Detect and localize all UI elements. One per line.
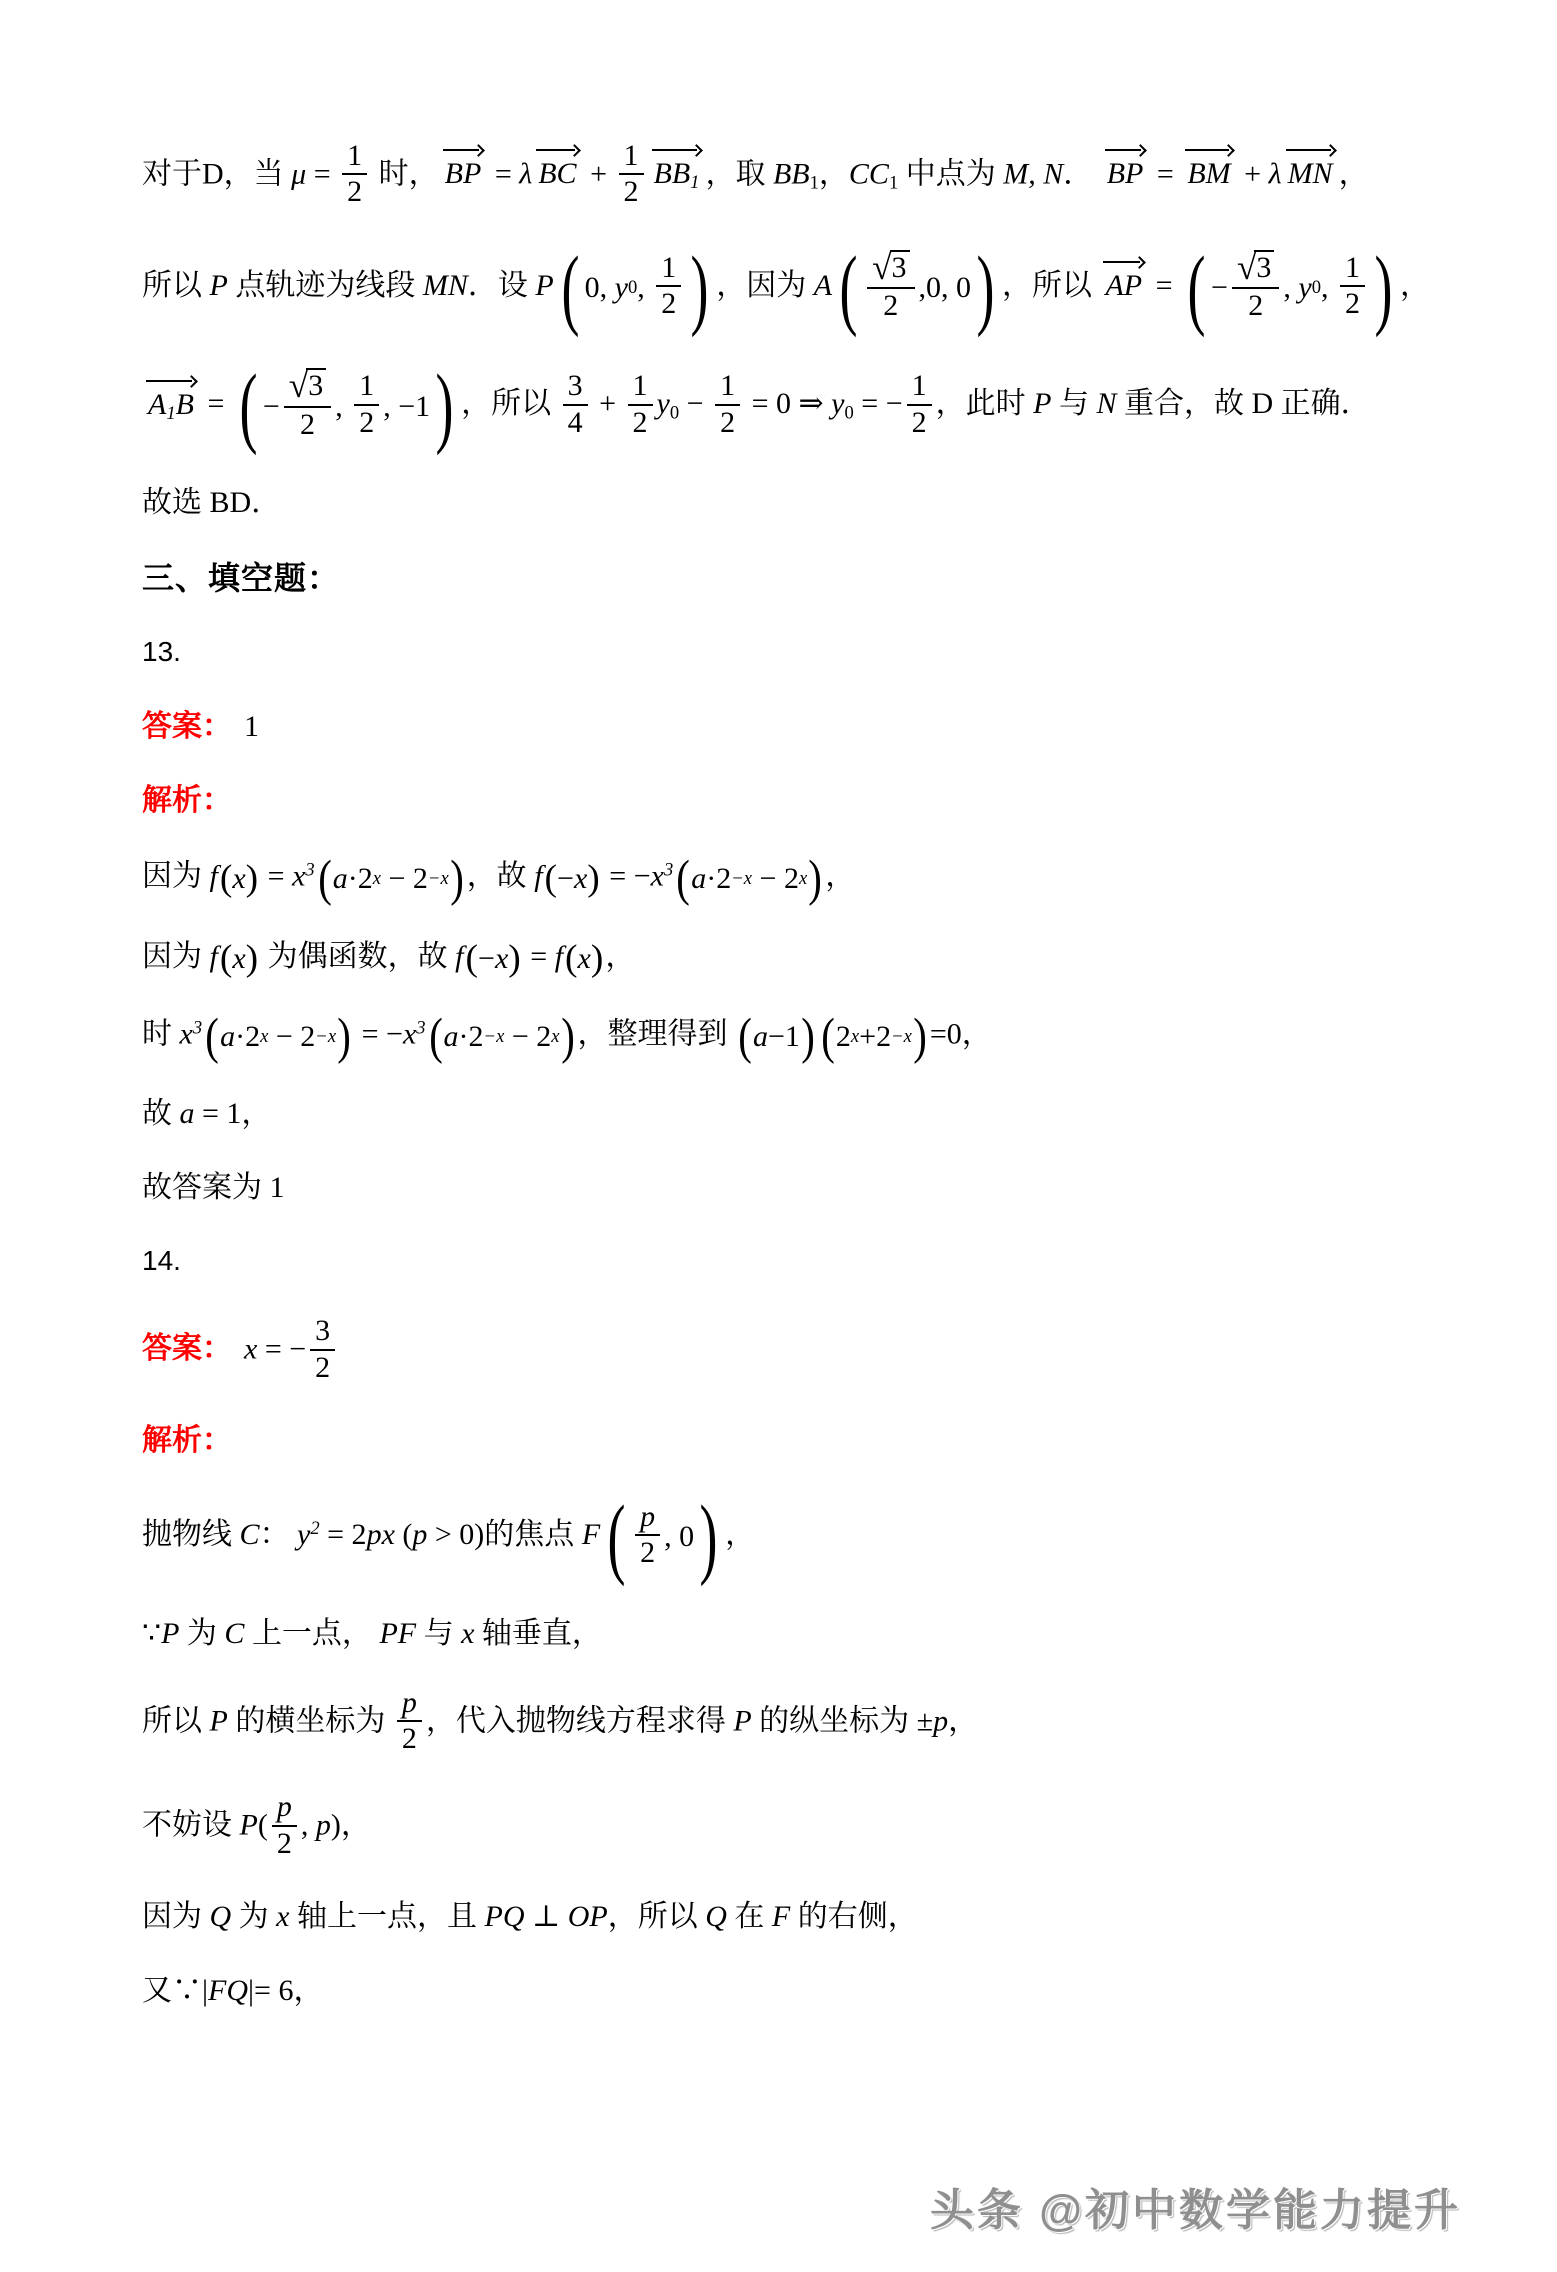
math-variable: p (316, 1809, 331, 1842)
math-text: − 2 (381, 860, 428, 898)
question-13-answer: 答案：1 (142, 708, 1447, 746)
math-variable: PQ (485, 1900, 525, 1933)
fraction-numerator: 1 (907, 370, 932, 405)
math-text: 因为 (142, 1900, 210, 1933)
paren-content: x (578, 940, 591, 978)
vector-body: MN (1286, 155, 1335, 193)
fraction-numerator: p (397, 1687, 422, 1722)
fraction-numerator: 1 (628, 370, 653, 405)
fraction-denominator: 4 (563, 406, 588, 439)
math-variable: x (461, 1617, 474, 1650)
math-text: ． (1063, 157, 1101, 190)
paren-content: −x (478, 940, 508, 978)
math-variable: BB (773, 157, 810, 190)
math-text: = − (602, 860, 651, 893)
math-text: ， (1339, 157, 1369, 190)
open-paren-icon: ( (545, 861, 558, 897)
math-text: , (335, 388, 350, 426)
math-text: ， (819, 157, 849, 190)
close-paren-icon: ) (691, 246, 709, 331)
open-paren-icon: ( (840, 246, 858, 331)
math-text: ·2 (459, 1018, 484, 1056)
math-parenthesis: (a·2−x − 2x) (675, 856, 823, 902)
math-sqrt: √3 (289, 368, 326, 402)
math-parenthesis: (p2, 0) (602, 1496, 723, 1579)
math-text: 为 (179, 1617, 224, 1650)
math-fraction: 12 (907, 370, 932, 439)
math-superscript: −x (484, 1025, 505, 1048)
q13-line-5: 故答案为 1 (142, 1169, 1447, 1207)
math-vector: BP (443, 154, 484, 193)
math-text: 上一点， (244, 1617, 379, 1650)
math-subscript: 1 (166, 403, 175, 424)
math-variable: F (772, 1900, 790, 1933)
math-text: 2 (836, 1018, 851, 1056)
math-text: ，所以 (608, 1900, 706, 1933)
math-variable: x (495, 940, 508, 978)
answer-label: 解析： (142, 784, 232, 817)
math-superscript: 3 (664, 860, 673, 881)
math-subscript: 0 (1312, 276, 1321, 299)
math-variable: p (412, 1518, 427, 1551)
math-text: − (1211, 269, 1228, 307)
paren-content: −√32, y0, 12 (1211, 252, 1369, 325)
paren-content: x (232, 940, 245, 978)
math-superscript: 3 (193, 1017, 202, 1038)
math-variable: a (444, 1018, 459, 1056)
math-variable: CC (849, 157, 889, 190)
math-text: ，此时 (936, 388, 1034, 421)
math-parenthesis: (−√32, y0, 12) (1182, 247, 1398, 330)
math-text: − (263, 388, 280, 426)
math-text: 故选 BD． (142, 486, 281, 519)
math-text: 因为 (142, 940, 210, 973)
math-variable: y (657, 388, 670, 421)
math-variable: x (276, 1900, 289, 1933)
open-paren-icon: ( (239, 364, 257, 449)
math-variable: y (297, 1518, 310, 1551)
close-paren-icon: ) (801, 1012, 815, 1060)
math-variable: f (210, 940, 218, 973)
math-text: = (487, 157, 519, 190)
fraction-denominator: 2 (1232, 289, 1279, 322)
math-text: ，整理得到 (578, 1017, 736, 1050)
paren-content: x (232, 860, 245, 898)
open-paren-icon: ( (205, 1012, 219, 1060)
fraction-numerator: 3 (310, 1315, 335, 1350)
math-text: , 0 (664, 1518, 694, 1556)
vector-arrow-icon (1286, 145, 1335, 154)
paren-content: a·2x − 2−x (333, 860, 449, 898)
math-fraction: √32 (284, 368, 331, 441)
math-parenthesis: (√32,0, 0) (834, 247, 1000, 330)
fraction-denominator: 2 (619, 175, 644, 208)
math-text: 抛物线 (142, 1518, 240, 1551)
fraction-denominator: 2 (907, 406, 932, 439)
math-variable: x (574, 860, 587, 898)
math-text: = 2 (320, 1518, 367, 1551)
open-paren-icon: ( (318, 855, 332, 903)
math-variable: a (180, 1097, 195, 1130)
math-text: ( (395, 1518, 413, 1551)
math-variable: p (933, 1704, 948, 1737)
q14-line-1: 抛物线 C： y2 = 2px (p > 0)的焦点 F(p2, 0)， (142, 1496, 1447, 1579)
q14-line-3: 所以 P 的横坐标为 p2，代入抛物线方程求得 P 的纵坐标为 ±p， (142, 1689, 1447, 1758)
math-subscript: 0 (670, 403, 679, 424)
math-variable: y (831, 388, 844, 421)
close-paren-icon: ) (700, 1495, 718, 1580)
math-superscript: x (799, 867, 807, 890)
math-text: = (260, 860, 292, 893)
math-text: , (637, 269, 652, 307)
math-text: 中点为 (898, 157, 1003, 190)
math-text: = − (354, 1017, 403, 1050)
open-paren-icon: ( (220, 941, 233, 977)
math-superscript: −x (891, 1025, 912, 1048)
math-variable: x (292, 860, 305, 893)
math-vector: MN (1286, 154, 1335, 193)
math-variable: λ (519, 157, 532, 190)
math-variable: f (210, 860, 218, 893)
fraction-numerator: √3 (867, 250, 914, 289)
math-vector: A1B (146, 385, 196, 425)
answer-label: 答案： (142, 710, 232, 743)
question-14-answer: 答案：x = −32 (142, 1317, 1447, 1386)
math-text: + (592, 388, 624, 421)
math-variable: a (753, 1018, 768, 1056)
math-vector: BB1 (652, 154, 702, 194)
paren-content: a·2x − 2−x (220, 1018, 336, 1056)
fraction-denominator: 2 (867, 289, 914, 322)
close-paren-icon: ) (561, 1012, 575, 1060)
math-variable: P (240, 1809, 258, 1842)
sqrt-body: 3 (306, 368, 326, 402)
math-parenthesis: (a·2x − 2−x) (204, 1014, 352, 1060)
q13-line-3: 时 x3(a·2x − 2−x) = −x3(a·2−x − 2x)，整理得到 … (142, 1014, 1447, 1060)
fraction-denominator: 2 (1340, 287, 1365, 320)
math-parenthesis: (2x+2−x) (820, 1014, 928, 1060)
close-paren-icon: ) (591, 941, 604, 977)
math-variable: px (367, 1518, 395, 1551)
vector-arrow-icon (536, 145, 578, 154)
math-text: ( (258, 1809, 268, 1842)
close-paren-icon: ) (977, 246, 995, 331)
math-text: ，因为 (716, 269, 814, 302)
math-variable: x (232, 860, 245, 898)
sqrt-body: 3 (1254, 250, 1274, 284)
math-text: ， (948, 1704, 978, 1737)
close-paren-icon: ) (337, 1012, 351, 1060)
vector-arrow-icon (146, 376, 196, 385)
math-text: ， (825, 860, 855, 893)
q13-line-4: 故 a = 1， (142, 1095, 1447, 1133)
math-text: 轴上一点，且 (290, 1900, 485, 1933)
close-paren-icon: ) (436, 364, 454, 449)
math-text: = (306, 157, 338, 190)
paren-content: √32,0, 0 (863, 252, 971, 325)
math-fraction: 12 (656, 252, 681, 321)
math-text: ∵ (142, 1617, 161, 1650)
math-variable: P (733, 1704, 751, 1737)
math-superscript: x (551, 1025, 559, 1048)
open-paren-icon: ( (429, 1012, 443, 1060)
vector-arrow-icon (1105, 145, 1146, 154)
math-text: 的右侧， (790, 1900, 918, 1933)
math-text: ,0, 0 (919, 269, 972, 307)
math-text: ，取 (705, 157, 773, 190)
fraction-denominator: 2 (272, 1827, 297, 1860)
math-variable: f (555, 940, 563, 973)
math-variable: MN (423, 269, 468, 302)
fraction-numerator: p (635, 1501, 660, 1536)
math-text: =0， (930, 1017, 992, 1050)
math-subscript: 1 (810, 172, 819, 193)
math-variable: x (244, 1332, 257, 1365)
math-variable: C (224, 1617, 244, 1650)
math-text: 的横坐标为 (228, 1704, 393, 1737)
math-variable: Q (210, 1900, 232, 1933)
math-variable: P (1033, 388, 1051, 421)
math-parenthesis: (x) (220, 940, 258, 978)
math-variable: a (333, 860, 348, 898)
math-text: 与 (416, 1617, 461, 1650)
q14-line-4: 不妨设 P(p2, p)， (142, 1793, 1447, 1862)
close-paren-icon: ) (246, 941, 259, 977)
document-page: 对于D，当 μ = 12 时，BP = λBC + 12BB1，取 BB1，CC… (0, 0, 1557, 2010)
math-text: 点轨迹为线段 (228, 269, 423, 302)
math-variable: F (582, 1518, 600, 1551)
math-text: ·2 (235, 1018, 260, 1056)
math-parenthesis: (a−1) (737, 1014, 816, 1060)
math-superscript: x (373, 867, 381, 890)
question-13-number: 13. (142, 634, 1447, 672)
paren-content: a·2−x − 2x (444, 1018, 560, 1056)
math-text: ，所以 (461, 388, 559, 421)
math-text: 重合，故 D 正确． (1116, 388, 1370, 421)
math-fraction: √32 (867, 250, 914, 323)
fraction-numerator: 1 (1340, 252, 1365, 287)
math-fraction: 12 (342, 140, 367, 209)
math-fraction: 12 (1340, 252, 1365, 321)
vector-arrow-icon (443, 145, 484, 154)
math-text: , (1321, 269, 1336, 307)
close-paren-icon: ) (913, 1012, 927, 1060)
math-superscript: x (260, 1025, 268, 1048)
math-text: − (679, 388, 711, 421)
close-paren-icon: ) (808, 855, 822, 903)
q14-line-5: 因为 Q 为 x 轴上一点，且 PQ ⊥ OP，所以 Q 在 F 的右侧， (142, 1898, 1447, 1936)
math-text: ，所以 (1002, 269, 1100, 302)
math-fraction: p2 (397, 1687, 422, 1756)
open-paren-icon: ( (1188, 246, 1206, 331)
math-variable: FQ (208, 1974, 248, 2007)
math-variable: BB (654, 157, 691, 190)
q14-line-6: 又∵|FQ|= 6， (142, 1972, 1447, 2010)
sqrt-body: 3 (890, 250, 910, 284)
math-superscript: 3 (305, 860, 314, 881)
math-text: 14. (142, 1245, 181, 1276)
math-parenthesis: (a·2−x − 2x) (428, 1014, 576, 1060)
close-paren-icon: ) (246, 861, 259, 897)
math-text: = 0 ⇒ (744, 388, 831, 421)
fraction-numerator: 1 (342, 140, 367, 175)
fraction-denominator: 2 (715, 406, 740, 439)
math-variable: OP (568, 1900, 608, 1933)
math-text: ．设 (468, 269, 536, 302)
fraction-numerator: √3 (1232, 250, 1279, 289)
math-text: 又∵| (142, 1974, 208, 2007)
section-heading-fill-in: 三、填空题： (142, 558, 1447, 598)
math-text: ， (605, 940, 635, 973)
math-text: = (200, 388, 232, 421)
math-variable: y (615, 269, 628, 307)
vector-body: AP (1103, 267, 1144, 305)
math-variable: MN (1288, 157, 1333, 190)
math-text: 时， (371, 157, 439, 190)
math-variable: p (640, 1500, 655, 1533)
math-variable: x (403, 1017, 416, 1050)
math-variable: λ (1269, 157, 1282, 190)
vector-body: A1B (146, 386, 196, 425)
math-fraction: √32 (1232, 250, 1279, 323)
math-text: +2 (859, 1018, 891, 1056)
math-fraction: 12 (619, 140, 644, 209)
math-parenthesis: (−x) (466, 940, 521, 978)
watermark-footer: 头条 @初中数学能力提升 (930, 2174, 1461, 2238)
paren-content: −x (557, 860, 587, 898)
math-variable: x (180, 1017, 193, 1050)
math-text: , (301, 1809, 316, 1842)
math-superscript: −x (315, 1025, 336, 1048)
vector-body: BP (443, 155, 484, 193)
vector-body: BP (1105, 155, 1146, 193)
fraction-denominator: 2 (284, 408, 331, 441)
vector-arrow-icon (1185, 145, 1232, 154)
math-fraction: 34 (563, 370, 588, 439)
math-text: ·2 (706, 860, 731, 898)
close-paren-icon: ) (508, 941, 521, 977)
math-variable: y (1298, 269, 1311, 307)
solution-d-line-2: 所以 P 点轨迹为线段 MN．设 P(0, y0, 12)，因为 A(√32,0… (142, 247, 1447, 330)
math-variable: A (814, 269, 832, 302)
math-variable: N (1096, 388, 1116, 421)
math-text: 0, (585, 269, 615, 307)
question-14-analysis-label: 解析： (142, 1422, 1447, 1460)
math-text: −1 (768, 1018, 800, 1056)
math-text: 故 (142, 1097, 180, 1130)
math-text: 为偶函数，故 (260, 940, 455, 973)
math-vector: BM (1185, 154, 1232, 193)
math-text: = − (257, 1332, 306, 1365)
math-text: + (583, 157, 615, 190)
math-fraction: 12 (715, 370, 740, 439)
open-paren-icon: ( (676, 855, 690, 903)
vector-arrow-icon (652, 145, 702, 154)
open-paren-icon: ( (821, 1012, 835, 1060)
q13-line-1: 因为 f(x) = x3(a·2x − 2−x)，故 f(−x) = −x3(a… (142, 856, 1447, 902)
math-text: = (1149, 157, 1181, 190)
math-text: = (1148, 269, 1180, 302)
math-parenthesis: (x) (565, 940, 603, 978)
math-text: 对于D，当 (142, 157, 291, 190)
math-text: 与 (1051, 388, 1096, 421)
math-variable: BM (1187, 157, 1230, 190)
math-text: + (1237, 157, 1269, 190)
math-variable: AP (1105, 269, 1142, 302)
math-text: > 0)的焦点 (427, 1518, 581, 1551)
math-variable: a (691, 860, 706, 898)
math-variable: BP (1107, 157, 1144, 190)
math-superscript: x (851, 1025, 859, 1048)
vector-body: BC (536, 155, 578, 193)
math-variable: C (240, 1518, 260, 1551)
math-variable: p (277, 1790, 292, 1823)
answer-label: 答案： (142, 1332, 232, 1365)
math-text: ⊥ (525, 1900, 568, 1933)
solution-d-line-1: 对于D，当 μ = 12 时，BP = λBC + 12BB1，取 BB1，CC… (142, 142, 1447, 211)
paren-content: −√32, 12, −1 (263, 370, 430, 443)
math-text: 的纵坐标为 ± (752, 1704, 933, 1737)
math-subscript: 1 (889, 172, 898, 193)
close-paren-icon: ) (450, 855, 464, 903)
math-variable: A (148, 388, 166, 421)
math-variable: BP (445, 157, 482, 190)
fraction-denominator: 2 (656, 287, 681, 320)
paren-content: a·2−x − 2x (691, 860, 807, 898)
math-text: 13. (142, 636, 181, 667)
math-text: |= 6， (248, 1974, 323, 2007)
math-text: 因为 (142, 860, 210, 893)
open-paren-icon: ( (561, 246, 579, 331)
math-text: = 1， (195, 1097, 272, 1130)
fraction-numerator: p (272, 1791, 297, 1826)
fraction-denominator: 2 (310, 1351, 335, 1384)
math-text: = − (854, 388, 903, 421)
math-fraction: 32 (310, 1315, 335, 1384)
math-variable: BC (538, 157, 576, 190)
open-paren-icon: ( (608, 1495, 626, 1580)
q13-line-2: 因为 f(x) 为偶函数，故 f(−x) = f(x)， (142, 938, 1447, 978)
math-text: ， (1400, 269, 1430, 302)
fraction-numerator: 1 (354, 370, 379, 405)
math-vector: BC (536, 154, 578, 193)
question-13-analysis-label: 解析： (142, 782, 1447, 820)
math-text: 在 (727, 1900, 772, 1933)
open-paren-icon: ( (738, 1012, 752, 1060)
math-text: , (1283, 269, 1298, 307)
math-parenthesis: (−√32, 12, −1) (234, 365, 459, 448)
math-text: = (523, 940, 555, 973)
math-variable: P (535, 269, 553, 302)
math-fraction: p2 (272, 1791, 297, 1860)
math-fraction: 12 (354, 370, 379, 439)
math-text: − (557, 860, 574, 898)
math-text: 所以 (142, 1704, 210, 1737)
math-variable: x (651, 860, 664, 893)
fraction-denominator: 2 (628, 406, 653, 439)
math-parenthesis: (−x) (545, 860, 600, 898)
math-superscript: 3 (416, 1017, 425, 1038)
math-variable: P (161, 1617, 179, 1650)
solution-d-conclusion: 故选 BD． (142, 484, 1447, 522)
math-text: 所以 (142, 269, 210, 302)
math-sqrt: √3 (1237, 250, 1274, 284)
math-variable: M, N (1003, 157, 1063, 190)
math-text: 时 (142, 1017, 180, 1050)
math-fraction: p2 (635, 1501, 660, 1570)
math-text: 为 (231, 1900, 276, 1933)
fraction-denominator: 2 (397, 1722, 422, 1755)
